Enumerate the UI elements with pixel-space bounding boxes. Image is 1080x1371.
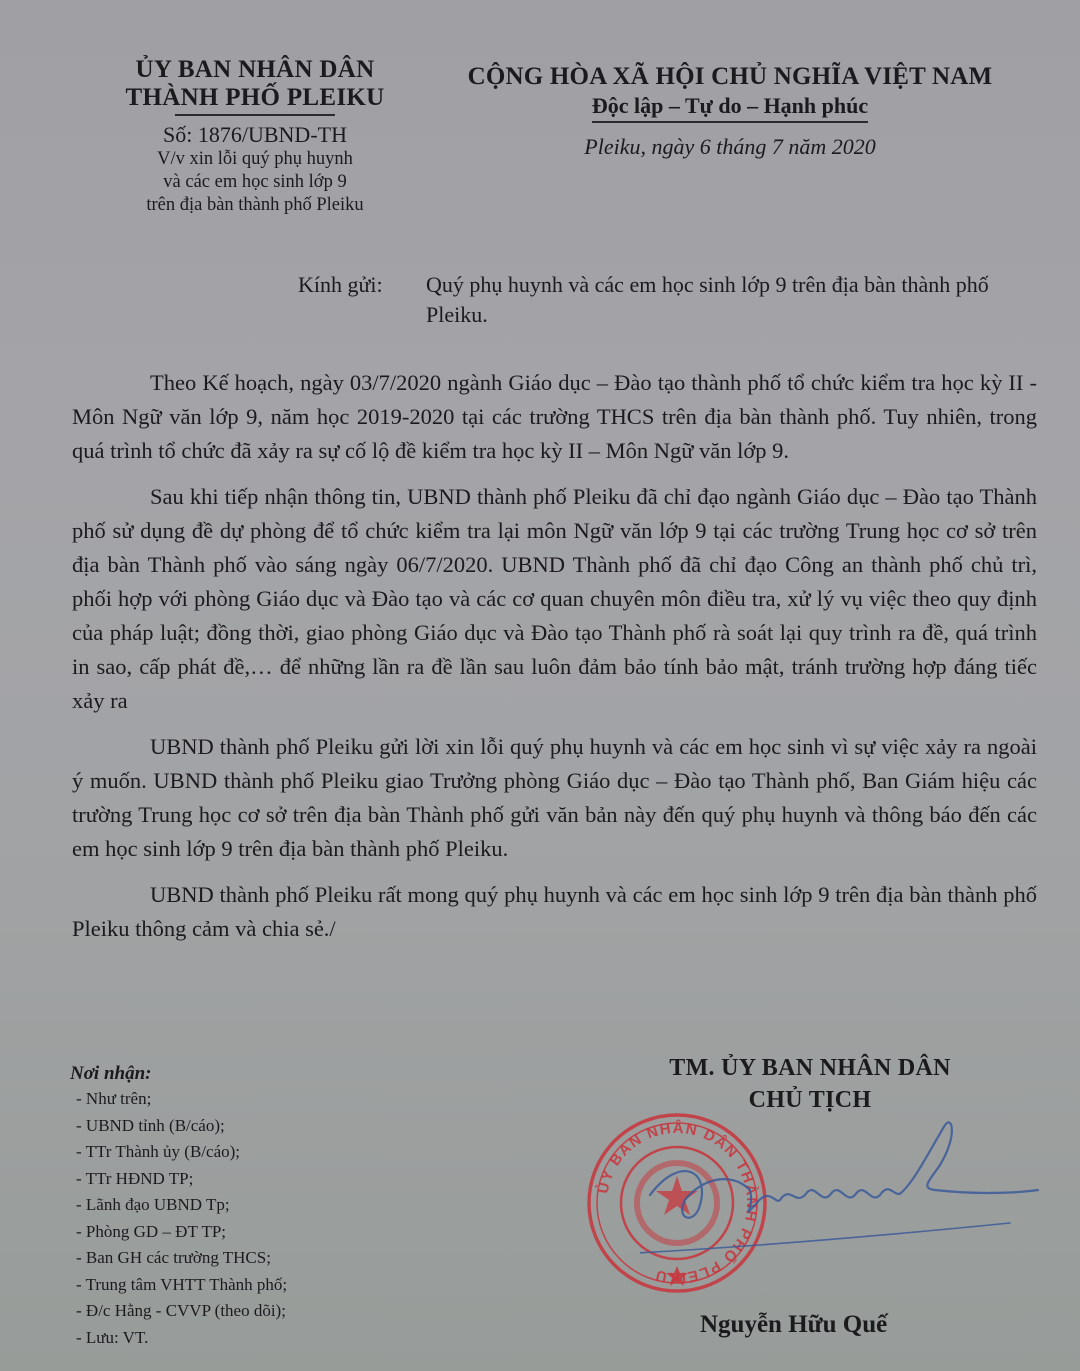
recipient-item: - Đ/c Hằng - CVVP (theo dõi);	[76, 1298, 410, 1325]
signature-block: TM. ỦY BAN NHÂN DÂN CHỦ TỊCH	[600, 1052, 1020, 1116]
subject-line: trên địa bàn thành phố Pleiku	[80, 194, 430, 217]
recipient-item: - TTr Thành ủy (B/cáo);	[76, 1139, 410, 1166]
recipient-item: - Như trên;	[76, 1086, 410, 1113]
salutation: Kính gửi: Quý phụ huynh và các em học si…	[298, 270, 1038, 330]
letter-body: Theo Kế hoạch, ngày 03/7/2020 ngành Giáo…	[72, 366, 1037, 958]
document-number: Số: 1876/UBND-TH	[80, 122, 430, 148]
subject-line: V/v xin lỗi quý phụ huynh	[80, 148, 430, 171]
recipient-item: - Trung tâm VHTT Thành phố;	[76, 1272, 410, 1299]
recipient-item: - Phòng GD – ĐT TP;	[76, 1219, 410, 1246]
national-motto: Độc lập – Tự do – Hạnh phúc	[592, 92, 868, 123]
signatory-on-behalf: TM. ỦY BAN NHÂN DÂN	[600, 1052, 1020, 1084]
subject-line: và các em học sinh lớp 9	[80, 171, 430, 194]
body-paragraph: UBND thành phố Pleiku rất mong quý phụ h…	[72, 878, 1037, 946]
issuing-authority-line1: ỦY BAN NHÂN DÂN	[80, 56, 430, 84]
issuing-authority-block: ỦY BAN NHÂN DÂN THÀNH PHỐ PLEIKU Số: 187…	[80, 56, 430, 217]
recipient-item: - Lưu: VT.	[76, 1325, 410, 1352]
salutation-label: Kính gửi:	[298, 270, 383, 300]
signer-name: Nguyễn Hữu Quế	[700, 1310, 960, 1340]
handwritten-signature-icon	[640, 1110, 1040, 1290]
national-title-block: CỘNG HÒA XÃ HỘI CHỦ NGHĨA VIỆT NAM Độc l…	[420, 62, 1040, 161]
recipient-item: - UBND tỉnh (B/cáo);	[76, 1113, 410, 1140]
recipient-item: - Lãnh đạo UBND Tp;	[76, 1192, 410, 1219]
issuing-authority-line2: THÀNH PHỐ PLEIKU	[80, 84, 430, 112]
body-paragraph: Sau khi tiếp nhận thông tin, UBND thành …	[72, 480, 1037, 718]
authority-underline	[175, 114, 335, 116]
body-paragraph: Theo Kế hoạch, ngày 03/7/2020 ngành Giáo…	[72, 366, 1037, 468]
body-paragraph: UBND thành phố Pleiku gửi lời xin lỗi qu…	[72, 730, 1037, 866]
recipient-item: - TTr HĐND TP;	[76, 1166, 410, 1193]
recipients-title: Nơi nhận:	[70, 1062, 410, 1086]
national-title: CỘNG HÒA XÃ HỘI CHỦ NGHĨA VIỆT NAM	[420, 62, 1040, 92]
recipients-block: Nơi nhận: - Như trên; - UBND tỉnh (B/cáo…	[70, 1062, 410, 1351]
recipients-list: - Như trên; - UBND tỉnh (B/cáo); - TTr T…	[70, 1086, 410, 1351]
recipient-item: - Ban GH các trường THCS;	[76, 1245, 410, 1272]
place-and-date: Pleiku, ngày 6 tháng 7 năm 2020	[420, 133, 1040, 161]
salutation-recipient: Quý phụ huynh và các em học sinh lớp 9 t…	[426, 270, 1038, 330]
